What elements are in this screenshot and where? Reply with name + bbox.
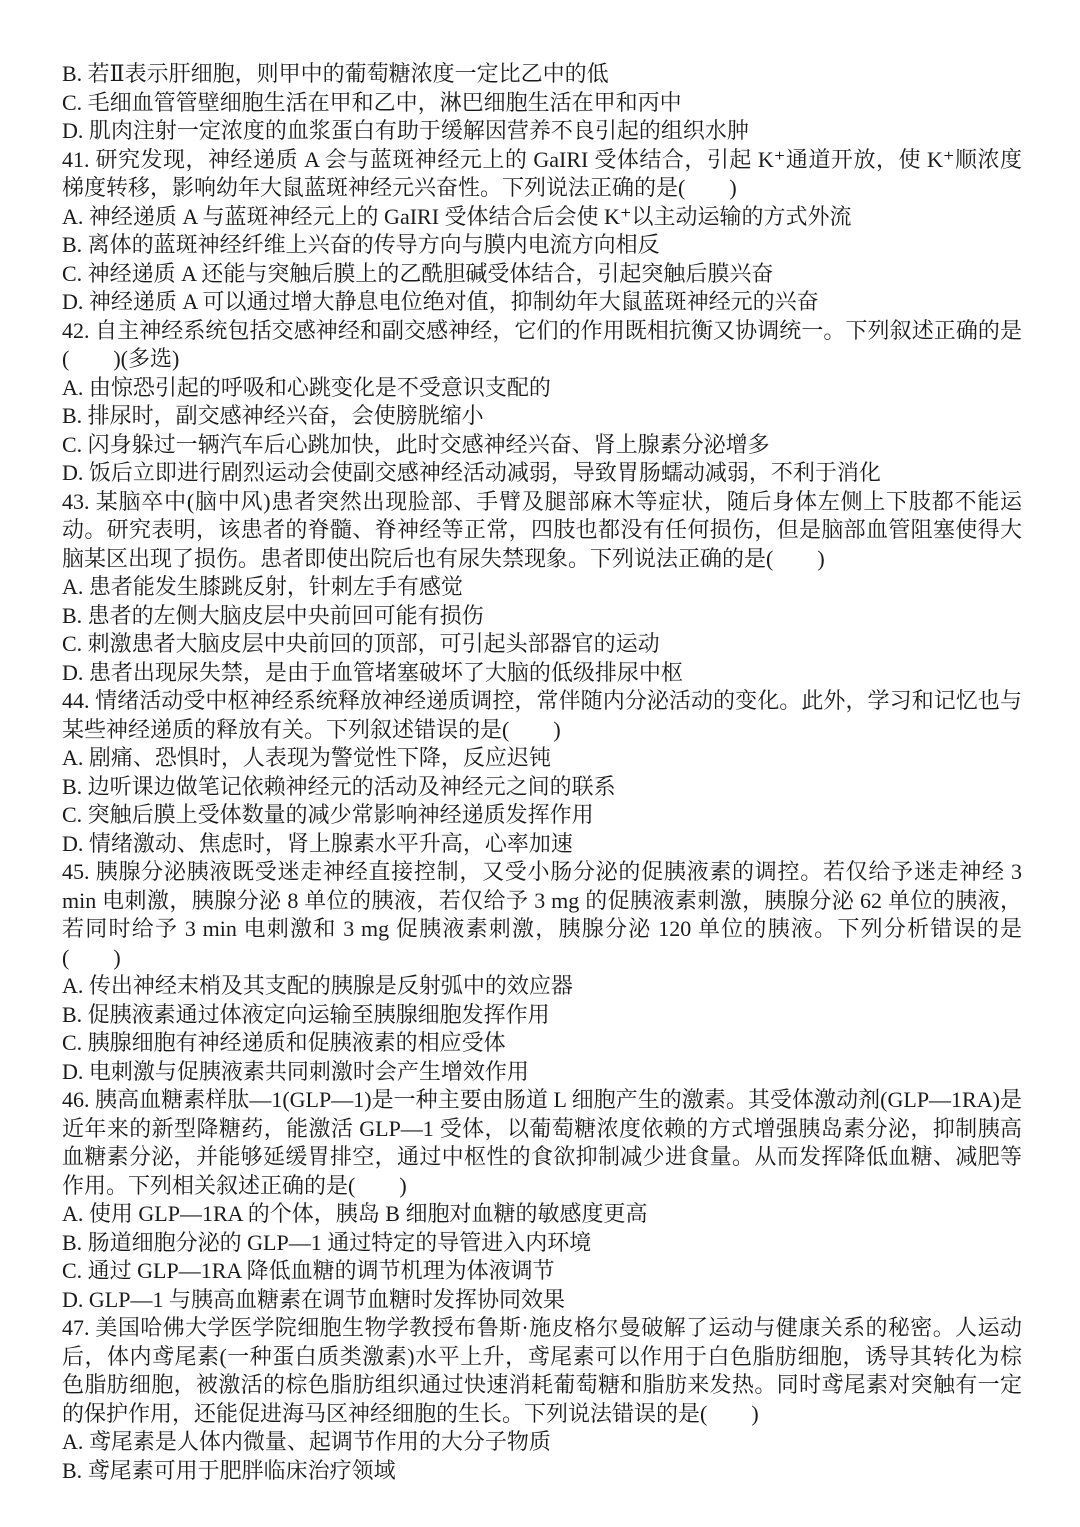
- option-line: D. 饭后立即进行剧烈运动会使副交感神经活动减弱，导致胃肠蠕动减弱，不利于消化: [62, 459, 1022, 488]
- option-line: C. 突触后膜上受体数量的减少常影响神经递质发挥作用: [62, 801, 1022, 830]
- option-line: B. 肠道细胞分泌的 GLP—1 通过特定的导管进入内环境: [62, 1229, 1022, 1258]
- question-block: 44. 情绪活动受中枢神经系统释放神经递质调控，常伴随内分泌活动的变化。此外，学…: [62, 687, 1022, 858]
- question-stem: 42. 自主神经系统包括交感神经和副交感神经，它们的作用既相抗衡又协调统一。下列…: [62, 317, 1022, 374]
- option-line: C. 刺激患者大脑皮层中央前回的顶部，可引起头部器官的运动: [62, 630, 1022, 659]
- option-line: A. 鸢尾素是人体内微量、起调节作用的大分子物质: [62, 1428, 1022, 1457]
- exam-page: B. 若Ⅱ表示肝细胞，则甲中的葡萄糖浓度一定比乙中的低C. 毛细血管管壁细胞生活…: [0, 0, 1080, 1527]
- option-line: C. 闪身躲过一辆汽车后心跳加快，此时交感神经兴奋、肾上腺素分泌增多: [62, 431, 1022, 460]
- option-line: D. 情绪激动、焦虑时，肾上腺素水平升高，心率加速: [62, 830, 1022, 859]
- option-line: D. 患者出现尿失禁，是由于血管堵塞破坏了大脑的低级排尿中枢: [62, 659, 1022, 688]
- question-block: 42. 自主神经系统包括交感神经和副交感神经，它们的作用既相抗衡又协调统一。下列…: [62, 317, 1022, 488]
- option-line: A. 传出神经末梢及其支配的胰腺是反射弧中的效应器: [62, 972, 1022, 1001]
- option-line: A. 由惊恐引起的呼吸和心跳变化是不受意识支配的: [62, 374, 1022, 403]
- option-line: D. GLP—1 与胰高血糖素在调节血糖时发挥协同效果: [62, 1286, 1022, 1315]
- question-stem: 41. 研究发现，神经递质 A 会与蓝斑神经元上的 GaIRI 受体结合，引起 …: [62, 146, 1022, 203]
- option-line: B. 鸢尾素可用于肥胖临床治疗领域: [62, 1457, 1022, 1486]
- question-stem: 47. 美国哈佛大学医学院细胞生物学教授布鲁斯·施皮格尔曼破解了运动与健康关系的…: [62, 1314, 1022, 1428]
- question-stem: 43. 某脑卒中(脑中风)患者突然出现脸部、手臂及腿部麻木等症状，随后身体左侧上…: [62, 488, 1022, 574]
- option-line: A. 剧痛、恐惧时，人表现为警觉性下降，反应迟钝: [62, 744, 1022, 773]
- option-line: B. 促胰液素通过体液定向运输至胰腺细胞发挥作用: [62, 1001, 1022, 1030]
- question-block: 47. 美国哈佛大学医学院细胞生物学教授布鲁斯·施皮格尔曼破解了运动与健康关系的…: [62, 1314, 1022, 1485]
- leading-option-line: C. 毛细血管管壁细胞生活在甲和乙中，淋巴细胞生活在甲和丙中: [62, 89, 1022, 118]
- question-block: 46. 胰高血糖素样肽—1(GLP—1)是一种主要由肠道 L 细胞产生的激素。其…: [62, 1086, 1022, 1314]
- question-block: 41. 研究发现，神经递质 A 会与蓝斑神经元上的 GaIRI 受体结合，引起 …: [62, 146, 1022, 317]
- option-line: A. 神经递质 A 与蓝斑神经元上的 GaIRI 受体结合后会使 K⁺以主动运输…: [62, 203, 1022, 232]
- option-line: C. 胰腺细胞有神经递质和促胰液素的相应受体: [62, 1029, 1022, 1058]
- option-line: A. 患者能发生膝跳反射，针刺左手有感觉: [62, 573, 1022, 602]
- option-line: D. 电刺激与促胰液素共同刺激时会产生增效作用: [62, 1058, 1022, 1087]
- option-line: B. 排尿时，副交感神经兴奋，会使膀胱缩小: [62, 402, 1022, 431]
- option-line: B. 患者的左侧大脑皮层中央前回可能有损伤: [62, 602, 1022, 631]
- option-line: C. 通过 GLP—1RA 降低血糖的调节机理为体液调节: [62, 1257, 1022, 1286]
- question-block: 45. 胰腺分泌胰液既受迷走神经直接控制，又受小肠分泌的促胰液素的调控。若仅给予…: [62, 858, 1022, 1086]
- option-line: C. 神经递质 A 还能与突触后膜上的乙酰胆碱受体结合，引起突触后膜兴奋: [62, 260, 1022, 289]
- leading-option-line: D. 肌肉注射一定浓度的血浆蛋白有助于缓解因营养不良引起的组织水肿: [62, 117, 1022, 146]
- question-block: 43. 某脑卒中(脑中风)患者突然出现脸部、手臂及腿部麻木等症状，随后身体左侧上…: [62, 488, 1022, 688]
- question-stem: 45. 胰腺分泌胰液既受迷走神经直接控制，又受小肠分泌的促胰液素的调控。若仅给予…: [62, 858, 1022, 972]
- question-stem: 44. 情绪活动受中枢神经系统释放神经递质调控，常伴随内分泌活动的变化。此外，学…: [62, 687, 1022, 744]
- exam-text-block: B. 若Ⅱ表示肝细胞，则甲中的葡萄糖浓度一定比乙中的低C. 毛细血管管壁细胞生活…: [62, 60, 1022, 1485]
- leading-option-line: B. 若Ⅱ表示肝细胞，则甲中的葡萄糖浓度一定比乙中的低: [62, 60, 1022, 89]
- option-line: B. 离体的蓝斑神经纤维上兴奋的传导方向与膜内电流方向相反: [62, 231, 1022, 260]
- option-line: A. 使用 GLP—1RA 的个体，胰岛 B 细胞对血糖的敏感度更高: [62, 1200, 1022, 1229]
- option-line: B. 边听课边做笔记依赖神经元的活动及神经元之间的联系: [62, 773, 1022, 802]
- option-line: D. 神经递质 A 可以通过增大静息电位绝对值，抑制幼年大鼠蓝斑神经元的兴奋: [62, 288, 1022, 317]
- question-stem: 46. 胰高血糖素样肽—1(GLP—1)是一种主要由肠道 L 细胞产生的激素。其…: [62, 1086, 1022, 1200]
